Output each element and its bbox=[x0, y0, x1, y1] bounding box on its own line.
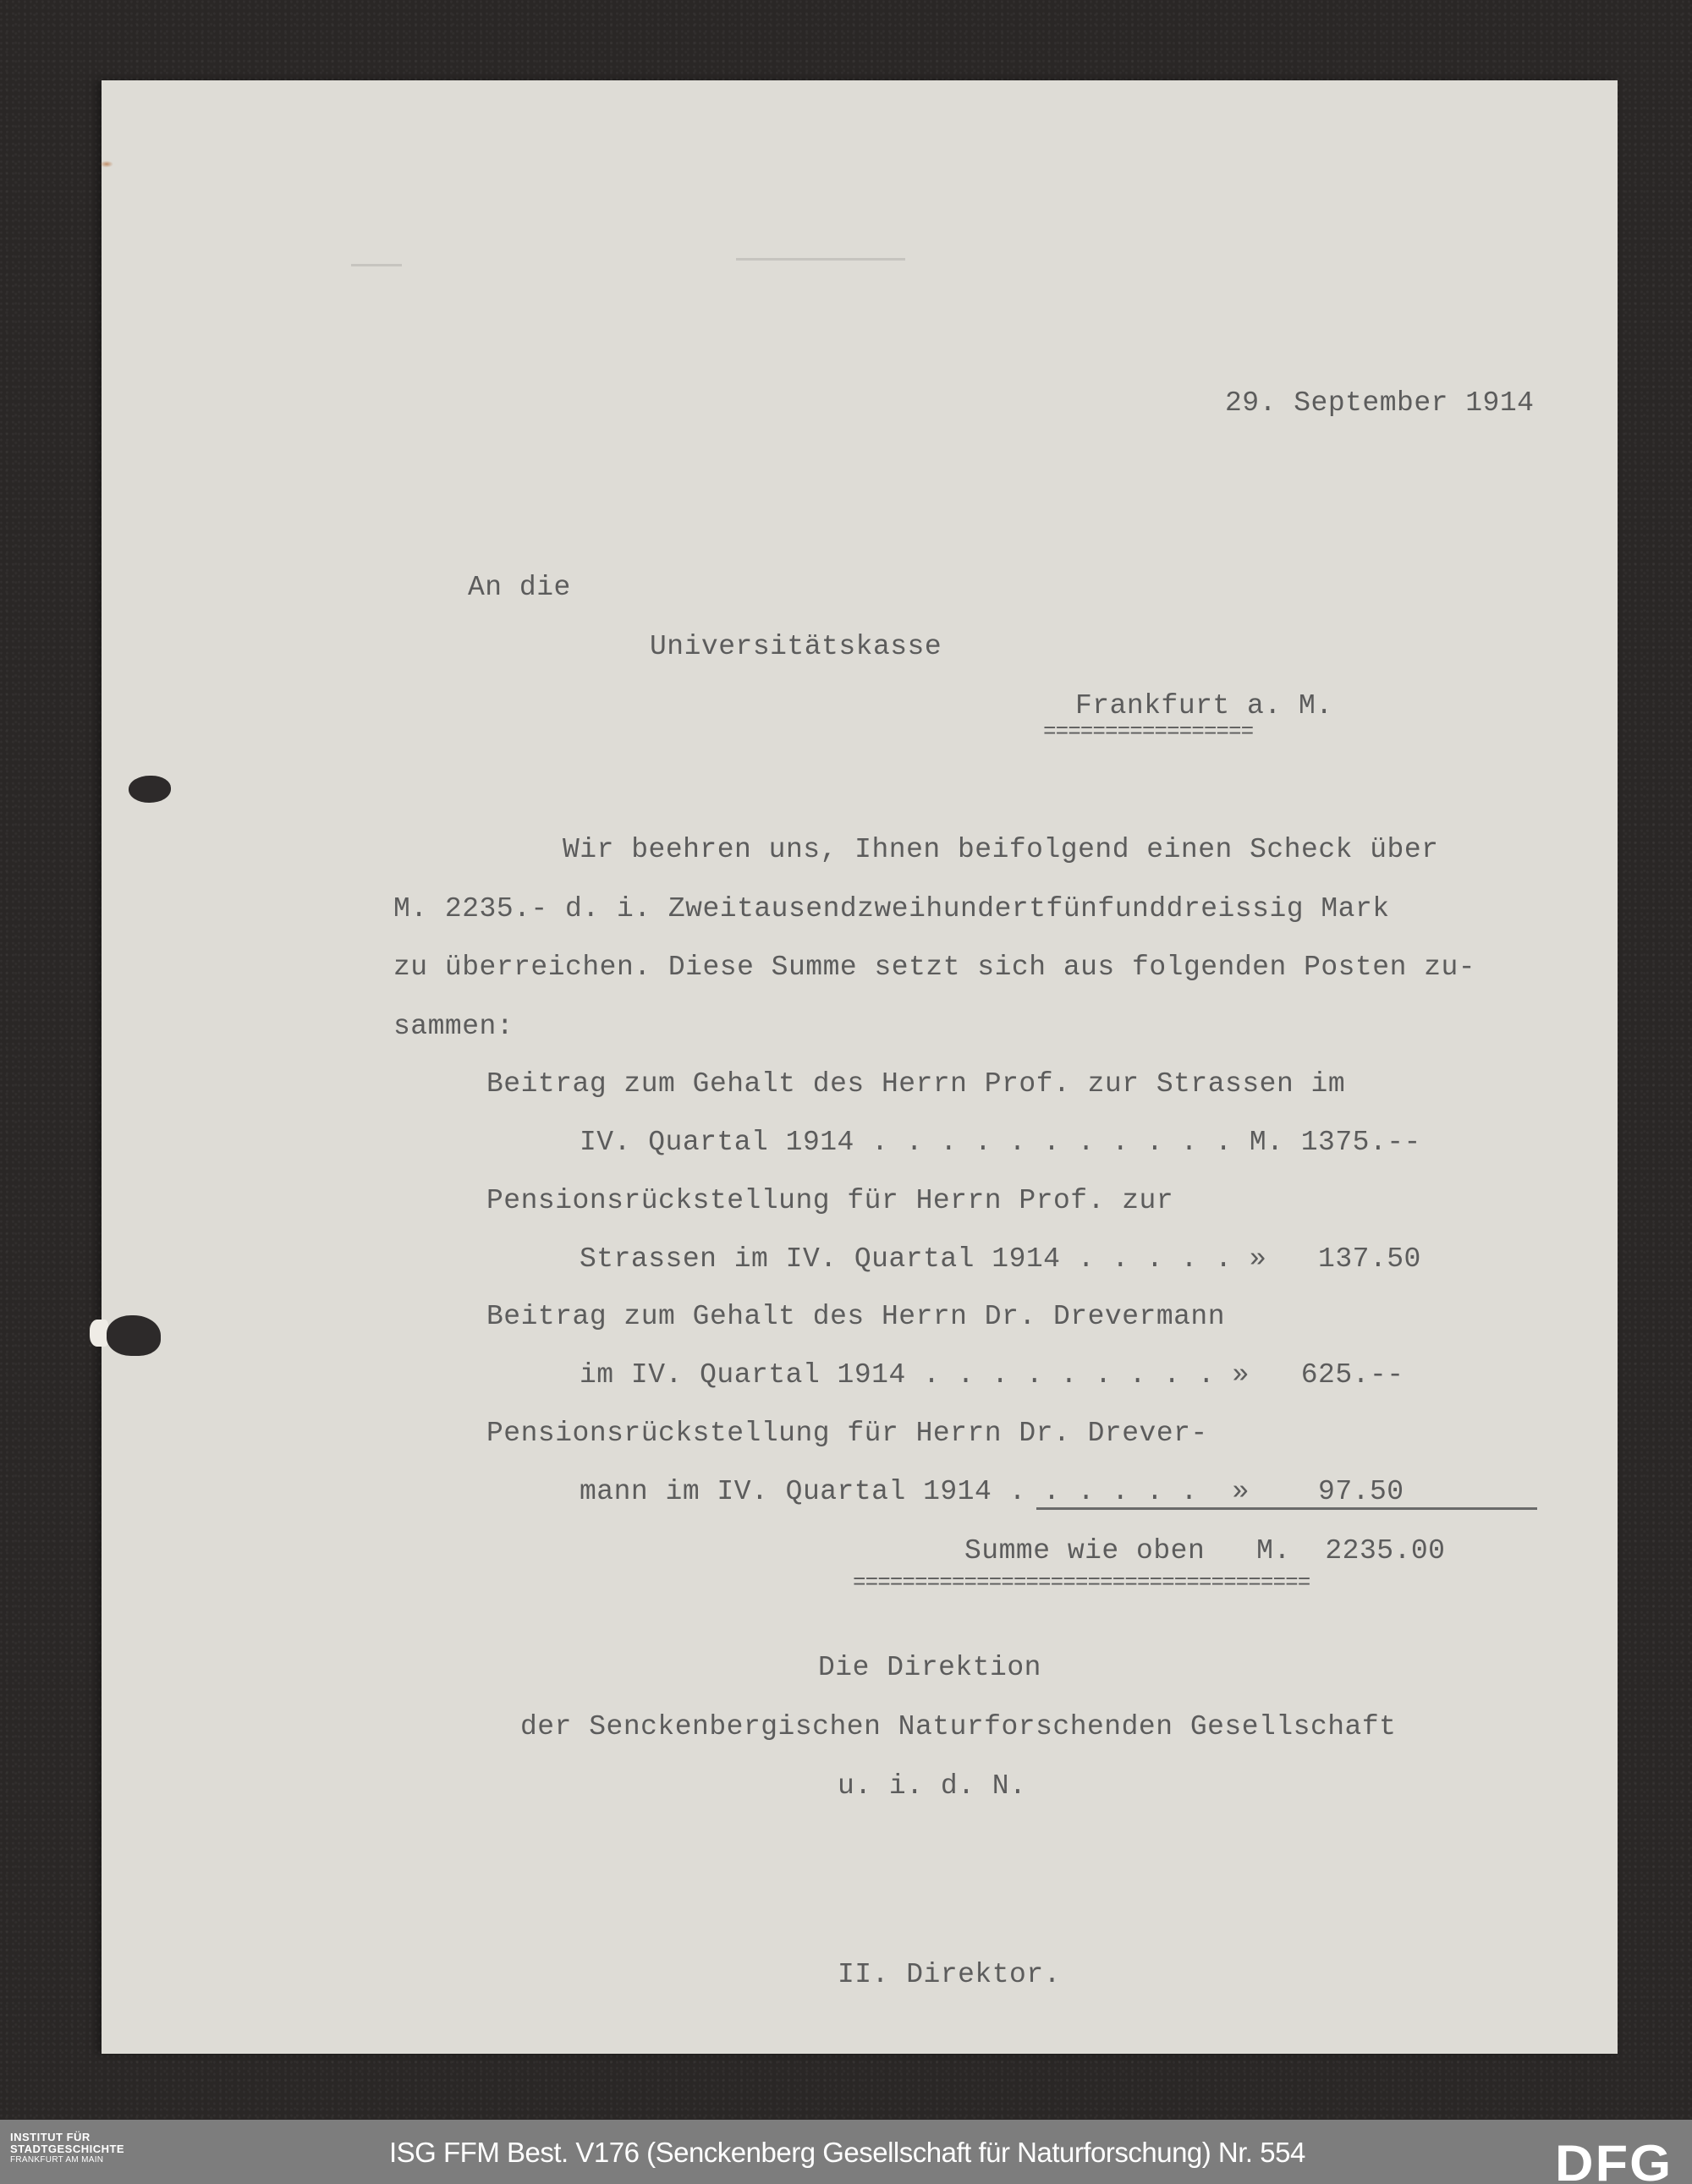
signature-title: II. Direktor. bbox=[838, 1961, 1061, 1989]
item-2-amount-line: Strassen im IV. Quartal 1914 . . . . . »… bbox=[580, 1245, 1421, 1273]
signature-society: der Senckenbergischen Naturforschenden G… bbox=[520, 1713, 1396, 1741]
total-double-underline: ===================================== bbox=[853, 1572, 1310, 1594]
punch-hole-icon bbox=[107, 1315, 161, 1356]
item-1-description: Beitrag zum Gehalt des Herrn Prof. zur S… bbox=[486, 1070, 1345, 1098]
item-3-amount-line: im IV. Quartal 1914 . . . . . . . . . » … bbox=[580, 1361, 1404, 1389]
body-line-1: Wir beehren uns, Ihnen beifolgend einen … bbox=[563, 836, 1438, 864]
letter-date: 29. September 1914 bbox=[1225, 389, 1534, 417]
institut-logo: INSTITUT FÜR STADTGESCHICHTE FRANKFURT A… bbox=[10, 2132, 124, 2165]
archive-caption: ISG FFM Best. V176 (Senckenberg Gesellsc… bbox=[389, 2137, 1305, 2169]
punch-hole-icon bbox=[129, 776, 171, 803]
faint-bleed-mark bbox=[351, 264, 402, 266]
faint-bleed-mark bbox=[736, 258, 905, 261]
recipient-city: Frankfurt a. M. bbox=[1075, 692, 1333, 720]
body-line-3: zu überreichen. Diese Summe setzt sich a… bbox=[393, 953, 1475, 981]
item-4-amount-line: mann im IV. Quartal 1914 . . . . . . » 9… bbox=[580, 1478, 1404, 1506]
document-page bbox=[102, 80, 1618, 2054]
signature-direktion: Die Direktion bbox=[818, 1654, 1041, 1682]
dfg-logo-icon: DFG bbox=[1555, 2138, 1673, 2184]
item-3-description: Beitrag zum Gehalt des Herrn Dr. Dreverm… bbox=[486, 1303, 1225, 1331]
archive-footer-bar: INSTITUT FÜR STADTGESCHICHTE FRANKFURT A… bbox=[0, 2120, 1692, 2184]
body-line-4: sammen: bbox=[393, 1012, 514, 1040]
signature-uidn: u. i. d. N. bbox=[838, 1772, 1026, 1800]
rust-stain bbox=[100, 161, 113, 167]
recipient-name: Universitätskasse bbox=[650, 633, 942, 661]
torn-paper-edge bbox=[90, 1320, 108, 1347]
recipient-salutation: An die bbox=[468, 573, 571, 601]
recipient-city-underline: ================= bbox=[1043, 721, 1253, 743]
item-4-description: Pensionsrückstellung für Herrn Dr. Dreve… bbox=[486, 1419, 1208, 1447]
institut-logo-line-3: FRANKFURT AM MAIN bbox=[10, 2156, 124, 2165]
item-2-description: Pensionsrückstellung für Herrn Prof. zur bbox=[486, 1187, 1173, 1215]
institut-logo-line-2: STADTGESCHICHTE bbox=[10, 2143, 124, 2154]
institut-logo-line-1: INSTITUT FÜR bbox=[10, 2132, 124, 2143]
total-line: Summe wie oben M. 2235.00 bbox=[964, 1537, 1446, 1565]
item-1-amount-line: IV. Quartal 1914 . . . . . . . . . . . M… bbox=[580, 1128, 1421, 1156]
body-line-2: M. 2235.- d. i. Zweitausendzweihundertfü… bbox=[393, 895, 1390, 923]
subtotal-underline bbox=[1036, 1507, 1537, 1510]
